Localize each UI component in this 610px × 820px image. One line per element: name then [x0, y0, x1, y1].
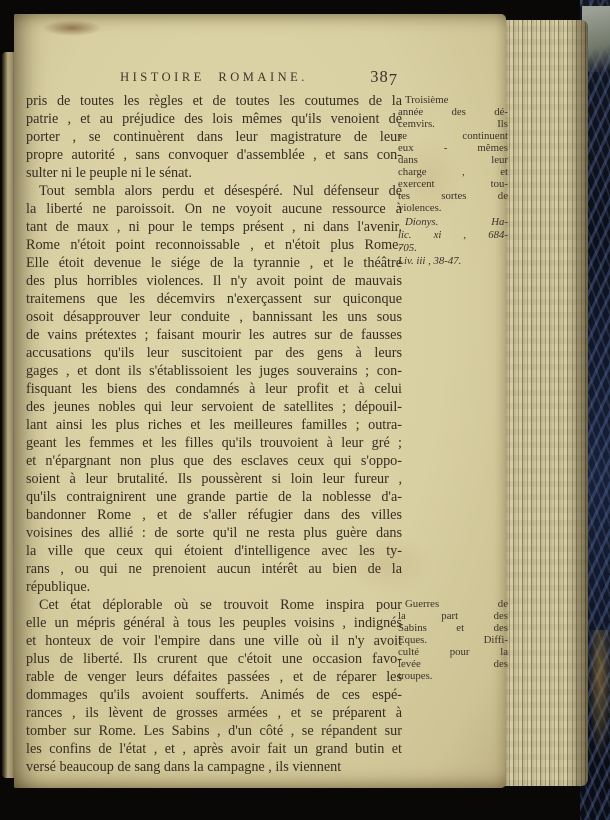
text-line: rans , ou qui ne prenoient aucun intérêt…	[26, 560, 402, 578]
text-line: 705.	[398, 242, 508, 255]
margin-citation: Dionys. Ha-lic. xi , 684-705.Liv. iii , …	[398, 216, 508, 268]
text-line: la ville que ceux qui étoient d'intellig…	[26, 542, 402, 560]
page-number: 387	[370, 67, 398, 87]
text-line: propre autorité , sans convoquer d'assem…	[26, 146, 402, 164]
text-line: charge , et	[398, 166, 508, 178]
text-line: tomber sur Rome. Les Sabins , d'un côté …	[26, 722, 402, 740]
page-edges-texture	[498, 20, 588, 786]
text-line: geant les femmes et les filles qu'ils tr…	[26, 434, 402, 452]
text-line: fisquant les biens des condamnés à leur …	[26, 380, 402, 398]
text-line: année des dé-	[398, 106, 508, 118]
text-line: Rome n'étoit point reconnoissable , et n…	[26, 236, 402, 254]
text-line: sulter ni le peuple ni le sénat.	[26, 164, 402, 182]
text-line: Troisième	[398, 94, 508, 106]
text-line: culté pour la	[398, 646, 508, 658]
text-line: exercent tou-	[398, 178, 508, 190]
text-line: troupes.	[398, 670, 508, 682]
page-number-main: 38	[370, 67, 389, 86]
text-line: et n'épargnant non plus que des esclaves…	[26, 452, 402, 470]
text-line: accusations qu'ils leur suscitoient par …	[26, 344, 402, 362]
text-line: Eques. Diffi-	[398, 634, 508, 646]
page-edges-stack	[498, 20, 588, 786]
text-line: gages , et dont ils s'établissoient les …	[26, 362, 402, 380]
text-line: Liv. iii , 38-47.	[398, 255, 508, 268]
text-line: Dionys. Ha-	[398, 216, 508, 229]
paragraph-continuation: pris de toutes les règles et de toutes l…	[26, 92, 402, 182]
text-line: Sabins et des	[398, 622, 508, 634]
text-line: tes sortes de	[398, 190, 508, 202]
text-line: les confins de l'état , et , après avoir…	[26, 740, 402, 758]
text-line: se continuent	[398, 130, 508, 142]
text-line: Tout sembla alors perdu et désespéré. Nu…	[26, 182, 402, 200]
text-line: versé beaucoup de sang dans la campagne …	[26, 758, 402, 776]
text-line: république.	[26, 578, 402, 596]
margin-note-guerres: Guerres dela part desSabins et desEques.…	[398, 598, 508, 682]
text-line: lic. xi , 684-	[398, 229, 508, 242]
text-line: la part des	[398, 610, 508, 622]
text-line: Cet état déplorable où se trouvoit Rome …	[26, 596, 402, 614]
text-line: cemvirs. Ils	[398, 118, 508, 130]
text-line: pris de toutes les règles et de toutes l…	[26, 92, 402, 110]
margin-note-decemvirs: Troisièmeannée des dé-cemvirs. Ilsse con…	[398, 94, 508, 214]
text-line: bandonner Rome , et de s'aller réfugier …	[26, 506, 402, 524]
running-title: HISTOIRE ROMAINE.	[26, 70, 402, 85]
text-line: patrie , et au préjudice des lois mêmes …	[26, 110, 402, 128]
text-line: la liberté ne paroissoit. On ne voyoit a…	[26, 200, 402, 218]
book-page: HISTOIRE ROMAINE. 387 pris de toutes les…	[14, 14, 506, 788]
text-line: de vains prétextes ; faisant mourir les …	[26, 326, 402, 344]
text-line: des jeunes nobles qui leur servoient de …	[26, 398, 402, 416]
text-line: soient à leur brutalité. Ils poussèrent …	[26, 470, 402, 488]
marbled-endpaper-gold-swirl	[588, 630, 610, 760]
paragraph: Tout sembla alors perdu et désespéré. Nu…	[26, 182, 402, 596]
text-line: violences.	[398, 202, 508, 214]
text-line: lant ainsi les plus riches et les meille…	[26, 416, 402, 434]
text-line: tant de maux , ni pour le temps présent …	[26, 218, 402, 236]
text-line: elle un mépris général à tous les peuple…	[26, 614, 402, 632]
text-line: porter , se continuèrent dans leur magis…	[26, 128, 402, 146]
text-line: Elle étoit devenue le siége de la tyrann…	[26, 254, 402, 272]
text-line: rable de venger leurs défaites passées ,…	[26, 668, 402, 686]
text-line: traitemens que les décemvirs n'exerçasse…	[26, 290, 402, 308]
text-line: dommages qu'ils avoient soufferts. Animé…	[26, 686, 402, 704]
text-line: Guerres de	[398, 598, 508, 610]
text-line: qu'ils contraignirent une grande partie …	[26, 488, 402, 506]
text-line: plus de liberté. Ils crurent que c'étoit…	[26, 650, 402, 668]
paper-stain	[42, 20, 102, 36]
page-number-oldstyle-digit: 7	[389, 70, 398, 90]
text-line: levée des	[398, 658, 508, 670]
text-line: osoit désapprouver leur conduite , banni…	[26, 308, 402, 326]
text-line: dans leur	[398, 154, 508, 166]
text-line: rances , ils lèvent de grosses armées , …	[26, 704, 402, 722]
text-line: et honteux de voir l'empire dans une vil…	[26, 632, 402, 650]
paragraph: Cet état déplorable où se trouvoit Rome …	[26, 596, 402, 776]
text-line: voisines des allié : de sorte qu'il ne r…	[26, 524, 402, 542]
text-line: eux - mêmes	[398, 142, 508, 154]
page-header: HISTOIRE ROMAINE. 387	[26, 70, 402, 90]
main-text: pris de toutes les règles et de toutes l…	[26, 92, 402, 776]
text-line: des plus horribles violences. Il n'y avo…	[26, 272, 402, 290]
book-photo: HISTOIRE ROMAINE. 387 pris de toutes les…	[0, 0, 610, 820]
